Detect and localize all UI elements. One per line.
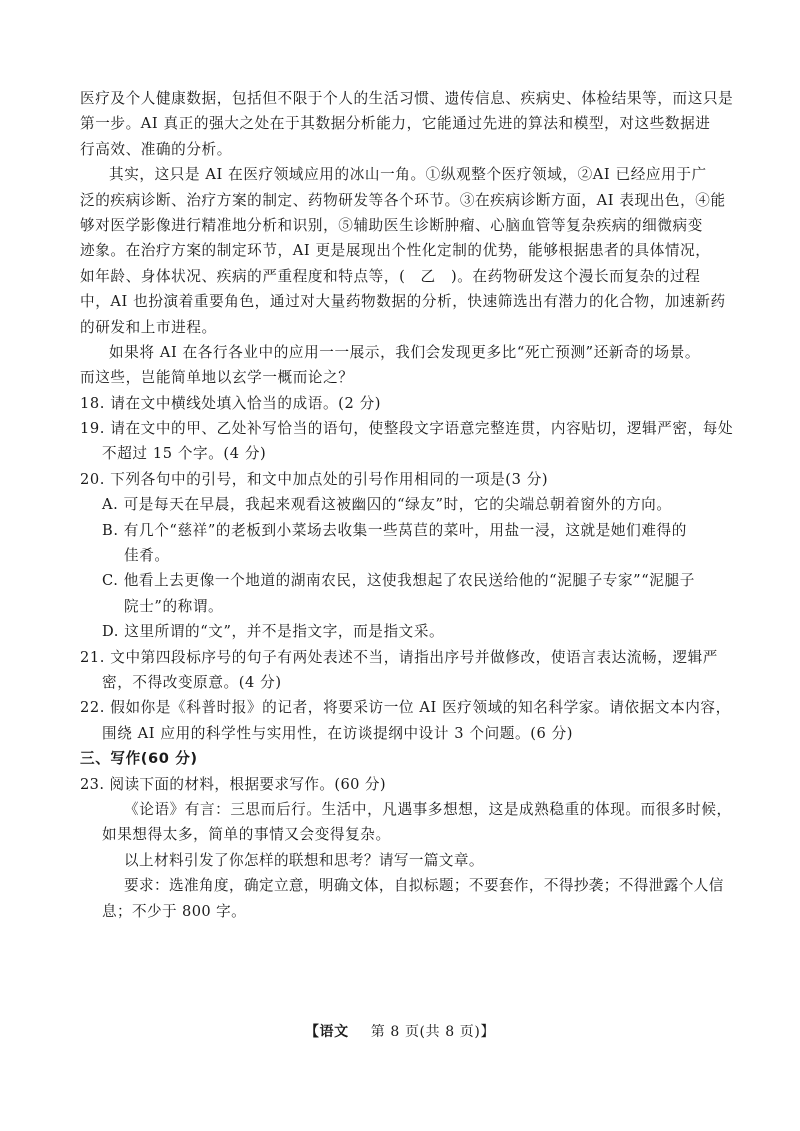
question-19: 19. 请在文中的甲、乙处补写恰当的语句，使整段文字语意完整连贯，内容贴切，逻辑…: [80, 416, 720, 467]
passage-paragraph-2: 其实，这只是 AI 在医疗领域应用的冰山一角。①纵观整个医疗领域，②AI 已经应…: [80, 162, 720, 340]
text-line: 的研发和上市进程。: [80, 315, 720, 340]
text-line: 迹象。在治疗方案的制定环节，AI 更是展现出个性化定制的优势，能够根据患者的具体…: [80, 238, 720, 263]
passage-paragraph-3: 如果将 AI 在各行各业中的应用一一展示，我们会发现更多比“死亡预测”还新奇的场…: [80, 340, 720, 391]
question-text: 围绕 AI 应用的科学性与实用性，在访谈提纲中设计 3 个问题。(6 分): [80, 721, 720, 746]
question-20: 20. 下列各句中的引号，和文中加点处的引号作用相同的一项是(3 分) A. 可…: [80, 467, 720, 645]
material-line: 如果想得太多，简单的事情又会变得复杂。: [80, 822, 720, 847]
requirements-line: 息；不少于 800 字。: [80, 899, 720, 924]
material-line: 《论语》有言：三思而后行。生活中，凡遇事多想想，这是成熟稳重的体现。而很多时候，: [80, 797, 720, 822]
requirements-line: 要求：选准角度，确定立意，明确文体，自拟标题；不要套作，不得抄袭；不得泄露个人信: [80, 873, 720, 898]
text-line: 医疗及个人健康数据，包括但不限于个人的生活习惯、遗传信息、疾病史、体检结果等，而…: [80, 86, 720, 111]
text-line: 中，AI 也扮演着重要角色，通过对大量药物数据的分析，快速筛选出有潜力的化合物，…: [80, 289, 720, 314]
text-line: 而这些，岂能简单地以玄学一概而论之？: [80, 365, 720, 390]
question-23: 23. 阅读下面的材料，根据要求写作。(60 分): [80, 772, 720, 797]
text-line: 行高效、准确的分析。: [80, 137, 720, 162]
passage-paragraph-1: 医疗及个人健康数据，包括但不限于个人的生活习惯、遗传信息、疾病史、体检结果等，而…: [80, 86, 720, 162]
question-18: 18. 请在文中横线处填入恰当的成语。(2 分): [80, 391, 720, 416]
text-line: 第一步。AI 真正的强大之处在于其数据分析能力，它能通过先进的算法和模型，对这些…: [80, 111, 720, 136]
page-footer: 【语文第 8 页(共 8 页)】: [0, 1021, 800, 1041]
exam-page: 医疗及个人健康数据，包括但不限于个人的生活习惯、遗传信息、疾病史、体检结果等，而…: [80, 86, 720, 924]
writing-section: 三、写作(60 分) 23. 阅读下面的材料，根据要求写作。(60 分) 《论语…: [80, 746, 720, 924]
question-text: 19. 请在文中的甲、乙处补写恰当的语句，使整段文字语意完整连贯，内容贴切，逻辑…: [80, 416, 720, 441]
question-text: 21. 文中第四段标序号的句子有两处表述不当，请指出序号并做修改，使语言表达流畅…: [80, 645, 720, 670]
option-a: A. 可是每天在早晨，我起来观看这被幽囚的“绿友”时，它的尖端总朝着窗外的方向。: [80, 492, 720, 517]
question-stem: 20. 下列各句中的引号，和文中加点处的引号作用相同的一项是(3 分): [80, 467, 720, 492]
option-b: B. 有几个“慈祥”的老板到小菜场去收集一些莴苣的菜叶，用盐一浸，这就是她们难得…: [80, 518, 720, 543]
question-text: 18. 请在文中横线处填入恰当的成语。(2 分): [80, 391, 720, 416]
option-c: C. 他看上去更像一个地道的湖南农民，这使我想起了农民送给他的“泥腿子专家”“泥…: [80, 568, 720, 593]
text-line: 其实，这只是 AI 在医疗领域应用的冰山一角。①纵观整个医疗领域，②AI 已经应…: [80, 162, 720, 187]
text-line: 泛的疾病诊断、治疗方案的制定、药物研发等各个环节。③在疾病诊断方面，AI 表现出…: [80, 188, 720, 213]
question-text: 不超过 15 个字。(4 分): [80, 441, 720, 466]
question-text: 密，不得改变原意。(4 分): [80, 670, 720, 695]
option-d: D. 这里所谓的“文”，并不是指文字，而是指文采。: [80, 619, 720, 644]
footer-subject: 【语文: [305, 1024, 349, 1040]
text-line: 如果将 AI 在各行各业中的应用一一展示，我们会发现更多比“死亡预测”还新奇的场…: [80, 340, 720, 365]
question-text: 22. 假如你是《科普时报》的记者，将要采访一位 AI 医疗领域的知名科学家。请…: [80, 695, 720, 720]
section-heading: 三、写作(60 分): [80, 746, 720, 771]
option-b-cont: 佳肴。: [80, 543, 720, 568]
question-22: 22. 假如你是《科普时报》的记者，将要采访一位 AI 医疗领域的知名科学家。请…: [80, 695, 720, 746]
text-line: 够对医学影像进行精准地分析和识别，⑤辅助医生诊断肿瘤、心脑血管等复杂疾病的细微病…: [80, 213, 720, 238]
text-line: 如年龄、身体状况、疾病的严重程度和特点等，( 乙 )。在药物研发这个漫长而复杂的…: [80, 264, 720, 289]
writing-prompt: 以上材料引发了你怎样的联想和思考？请写一篇文章。: [80, 848, 720, 873]
footer-page-number: 第 8 页(共 8 页)】: [371, 1024, 495, 1040]
question-21: 21. 文中第四段标序号的句子有两处表述不当，请指出序号并做修改，使语言表达流畅…: [80, 645, 720, 696]
option-c-cont: 院士”的称谓。: [80, 594, 720, 619]
